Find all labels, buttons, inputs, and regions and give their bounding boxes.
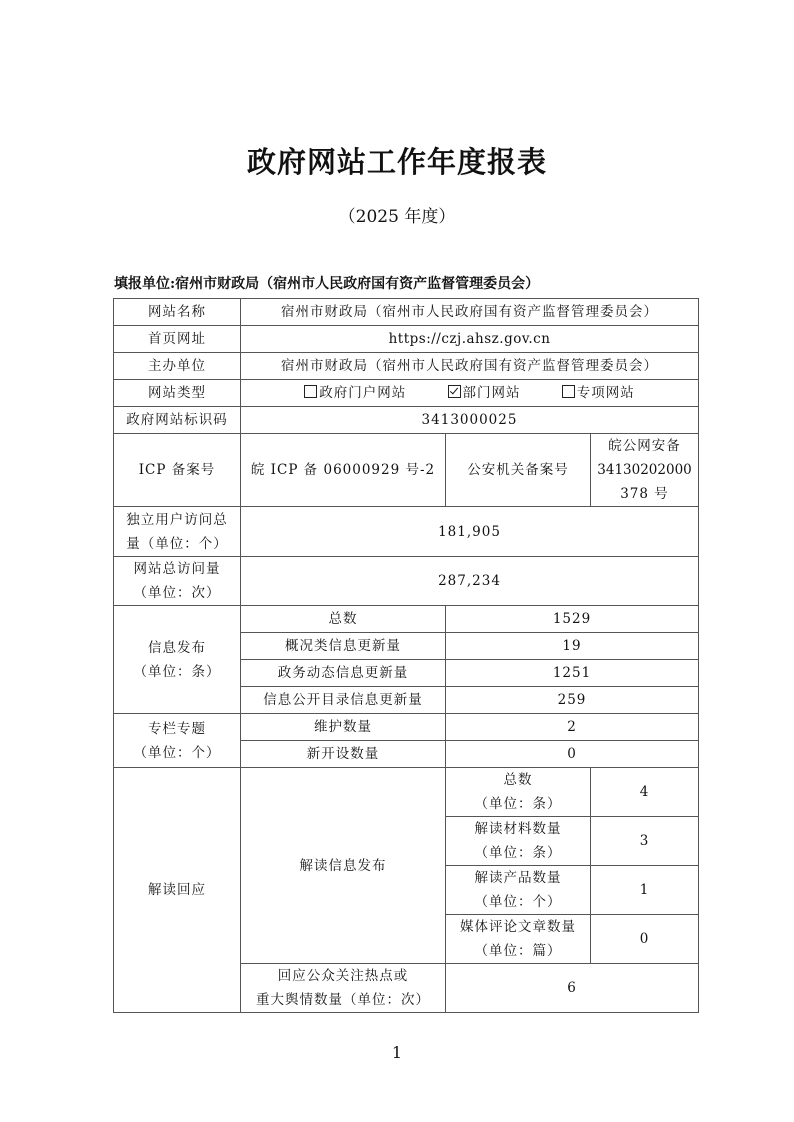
- row-total-visits: 网站总访问量（单位：次） 287,234: [114, 557, 699, 606]
- homepage-url: https://czj.ahsz.gov.cn: [241, 326, 699, 353]
- report-title: 政府网站工作年度报表: [0, 140, 794, 181]
- checkbox-special[interactable]: 专项网站: [562, 381, 635, 405]
- label: 解读产品数量（单位：个）: [446, 866, 591, 915]
- value: 3413000025: [241, 407, 699, 434]
- interpretation-publish-label: 解读信息发布: [241, 768, 446, 964]
- checkbox-unchecked-icon: [562, 385, 575, 398]
- page-number: 1: [0, 1043, 794, 1062]
- value: 1529: [446, 606, 699, 633]
- label: 网站名称: [114, 299, 241, 326]
- info-publish-label: 信息发布（单位：条）: [114, 606, 241, 714]
- label: 网站类型: [114, 380, 241, 407]
- value: 0: [591, 915, 699, 964]
- label: 总数（单位：条）: [446, 768, 591, 817]
- label: ICP 备案号: [114, 434, 241, 507]
- interpretation-label: 解读回应: [114, 768, 241, 1013]
- value: 宿州市财政局（宿州市人民政府国有资产监督管理委员会）: [241, 299, 699, 326]
- value: 4: [591, 768, 699, 817]
- police-label: 公安机关备案号: [446, 434, 591, 507]
- value: 181,905: [241, 507, 699, 557]
- label: 维护数量: [241, 714, 446, 741]
- row-unique-visitors: 独立用户访问总量（单位：个） 181,905: [114, 507, 699, 557]
- label: 信息公开目录信息更新量: [241, 687, 446, 714]
- row-info-total: 信息发布（单位：条） 总数 1529: [114, 606, 699, 633]
- row-homepage: 首页网址 https://czj.ahsz.gov.cn: [114, 326, 699, 353]
- label: 独立用户访问总量（单位：个）: [114, 507, 241, 557]
- label: 政务动态信息更新量: [241, 660, 446, 687]
- row-sponsor: 主办单位 宿州市财政局（宿州市人民政府国有资产监督管理委员会）: [114, 353, 699, 380]
- label: 媒体评论文章数量（单位：篇）: [446, 915, 591, 964]
- label: 主办单位: [114, 353, 241, 380]
- row-interp-total: 解读回应 解读信息发布 总数（单位：条） 4: [114, 768, 699, 817]
- police-value: 皖公网安备 34130202000 378 号: [591, 434, 699, 507]
- label: 概况类信息更新量: [241, 633, 446, 660]
- label: 总数: [241, 606, 446, 633]
- row-site-code: 政府网站标识码 3413000025: [114, 407, 699, 434]
- value: 287,234: [241, 557, 699, 606]
- value: 6: [446, 964, 699, 1013]
- reporting-unit: 填报单位:宿州市财政局（宿州市人民政府国有资产监督管理委员会）: [114, 273, 539, 293]
- checkbox-unchecked-icon: [304, 385, 317, 398]
- row-site-type: 网站类型 政府门户网站 部门网站 专项网站: [114, 380, 699, 407]
- label: 网站总访问量（单位：次）: [114, 557, 241, 606]
- value: 19: [446, 633, 699, 660]
- row-icp: ICP 备案号 皖 ICP 备 06000929 号-2 公安机关备案号 皖公网…: [114, 434, 699, 507]
- checkbox-portal[interactable]: 政府门户网站: [304, 381, 406, 405]
- value: 1: [591, 866, 699, 915]
- value: 259: [446, 687, 699, 714]
- row-columns-maintained: 专栏专题（单位：个） 维护数量 2: [114, 714, 699, 741]
- checkbox-department[interactable]: 部门网站: [448, 381, 521, 405]
- icp-value: 皖 ICP 备 06000929 号-2: [241, 434, 446, 507]
- value: 宿州市财政局（宿州市人民政府国有资产监督管理委员会）: [241, 353, 699, 380]
- special-columns-label: 专栏专题（单位：个）: [114, 714, 241, 768]
- report-year: （2025 年度）: [0, 202, 794, 227]
- value: 2: [446, 714, 699, 741]
- label: 首页网址: [114, 326, 241, 353]
- value: 0: [446, 741, 699, 768]
- value: 3: [591, 817, 699, 866]
- label: 回应公众关注热点或重大舆情数量（单位：次）: [241, 964, 446, 1013]
- row-site-name: 网站名称 宿州市财政局（宿州市人民政府国有资产监督管理委员会）: [114, 299, 699, 326]
- label: 政府网站标识码: [114, 407, 241, 434]
- label: 新开设数量: [241, 741, 446, 768]
- report-table: 网站名称 宿州市财政局（宿州市人民政府国有资产监督管理委员会） 首页网址 htt…: [113, 298, 699, 1013]
- value: 1251: [446, 660, 699, 687]
- site-type-options: 政府门户网站 部门网站 专项网站: [241, 380, 699, 407]
- checkbox-checked-icon: [448, 385, 461, 398]
- label: 解读材料数量（单位：条）: [446, 817, 591, 866]
